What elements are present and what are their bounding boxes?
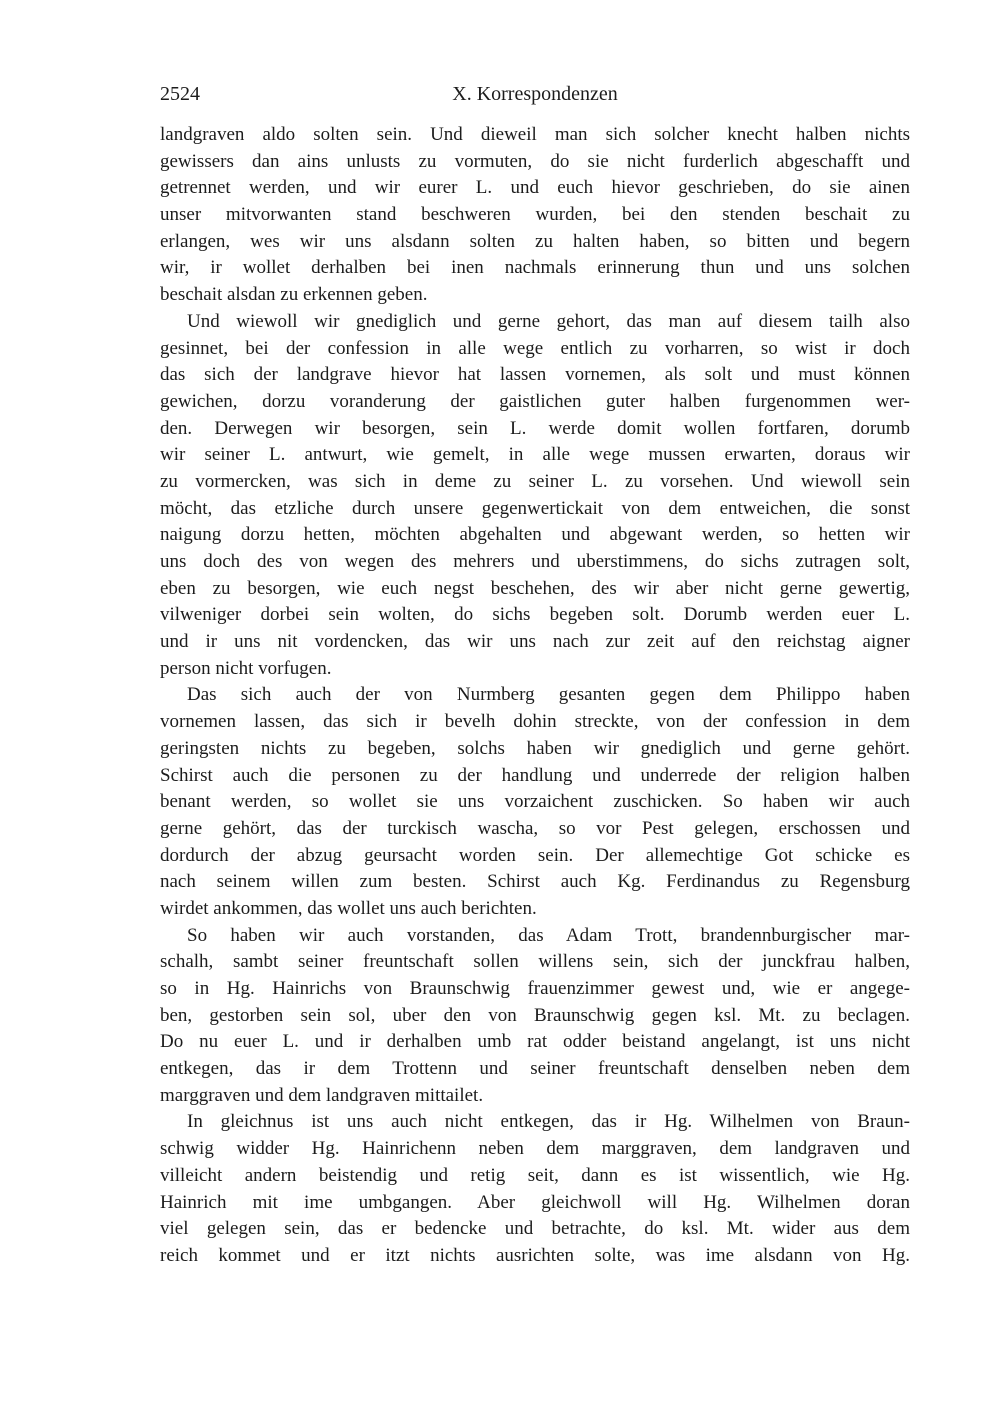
running-head: X. Korrespondenzen [160, 80, 910, 108]
text-line: möcht, das etzliche durch unsere gegenwe… [160, 496, 910, 523]
book-page: 2524 X. Korrespondenzen landgraven aldo … [0, 0, 1004, 1418]
text-line: zu vormercken, was sich in deme zu seine… [160, 469, 910, 496]
text-line: entkegen, das ir dem Trottenn und seiner… [160, 1056, 910, 1083]
text-line: Das sich auch der von Nurmberg gesanten … [160, 682, 910, 709]
text-line: dordurch der abzug geursacht worden sein… [160, 843, 910, 870]
text-line: marggraven und dem landgraven mittailet. [160, 1083, 910, 1110]
text-line: benant werden, so wollet sie uns vorzaic… [160, 789, 910, 816]
text-line: uns doch des von wegen des mehrers und u… [160, 549, 910, 576]
text-line: und ir uns nit vordencken, das wir uns n… [160, 629, 910, 656]
text-line: In gleichnus ist uns auch nicht entkegen… [160, 1109, 910, 1136]
text-line: person nicht vorfugen. [160, 656, 910, 683]
text-line: nach seinem willen zum besten. Schirst a… [160, 869, 910, 896]
paragraph: Das sich auch der von Nurmberg gesanten … [160, 682, 910, 922]
text-line: beschait alsdan zu erkennen geben. [160, 282, 910, 309]
text-line: unser mitvorwanten stand beschweren wurd… [160, 202, 910, 229]
text-line: Hainrich mit ime umbgangen. Aber gleichw… [160, 1190, 910, 1217]
paragraph: In gleichnus ist uns auch nicht entkegen… [160, 1109, 910, 1269]
text-line: Und wiewoll wir gnediglich und gerne geh… [160, 309, 910, 336]
text-line: schalh, sambt seiner freuntschaft sollen… [160, 949, 910, 976]
text-line: wirdet ankommen, das wollet uns auch ber… [160, 896, 910, 923]
paragraph: So haben wir auch vorstanden, das Adam T… [160, 923, 910, 1110]
paragraph: Und wiewoll wir gnediglich und gerne geh… [160, 309, 910, 683]
text-line: vilweniger dorbei sein wolten, do sichs … [160, 602, 910, 629]
paragraph: landgraven aldo solten sein. Und dieweil… [160, 122, 910, 309]
text-line: viel gelegen sein, das er bedencke und b… [160, 1216, 910, 1243]
text-line: wir seiner L. antwurt, wie gemelt, in al… [160, 442, 910, 469]
text-line: villeicht andern beistendig und retig se… [160, 1163, 910, 1190]
text-line: landgraven aldo solten sein. Und dieweil… [160, 122, 910, 149]
page-body: landgraven aldo solten sein. Und dieweil… [160, 122, 910, 1270]
text-line: geringsten nichts zu begeben, solchs hab… [160, 736, 910, 763]
text-line: den. Derwegen wir besorgen, sein L. werd… [160, 416, 910, 443]
text-line: gewissers dan ains unlusts zu vormuten, … [160, 149, 910, 176]
text-line: so in Hg. Hainrichs von Braunschwig frau… [160, 976, 910, 1003]
page-header: 2524 X. Korrespondenzen [160, 80, 910, 108]
text-line: wir, ir wollet derhalben bei inen nachma… [160, 255, 910, 282]
text-line: vornemen lassen, das sich ir bevelh dohi… [160, 709, 910, 736]
text-line: gesinnet, bei der confession in alle weg… [160, 336, 910, 363]
text-line: naigung dorzu hetten, möchten abgehalten… [160, 522, 910, 549]
text-line: Schirst auch die personen zu der handlun… [160, 763, 910, 790]
text-line: eben zu besorgen, wie euch negst bescheh… [160, 576, 910, 603]
text-line: das sich der landgrave hievor hat lassen… [160, 362, 910, 389]
text-line: ben, gestorben sein sol, uber den von Br… [160, 1003, 910, 1030]
text-line: reich kommet und er itzt nichts ausricht… [160, 1243, 910, 1270]
text-line: schwig widder Hg. Hainrichenn neben dem … [160, 1136, 910, 1163]
text-line: erlangen, wes wir uns alsdann solten zu … [160, 229, 910, 256]
text-line: gewichen, dorzu voranderung der gaistlic… [160, 389, 910, 416]
text-line: getrennet werden, und wir eurer L. und e… [160, 175, 910, 202]
text-block: 2524 X. Korrespondenzen landgraven aldo … [160, 80, 910, 1270]
text-line: gerne gehört, das der turckisch wascha, … [160, 816, 910, 843]
text-line: So haben wir auch vorstanden, das Adam T… [160, 923, 910, 950]
text-line: Do nu euer L. und ir derhalben umb rat o… [160, 1029, 910, 1056]
